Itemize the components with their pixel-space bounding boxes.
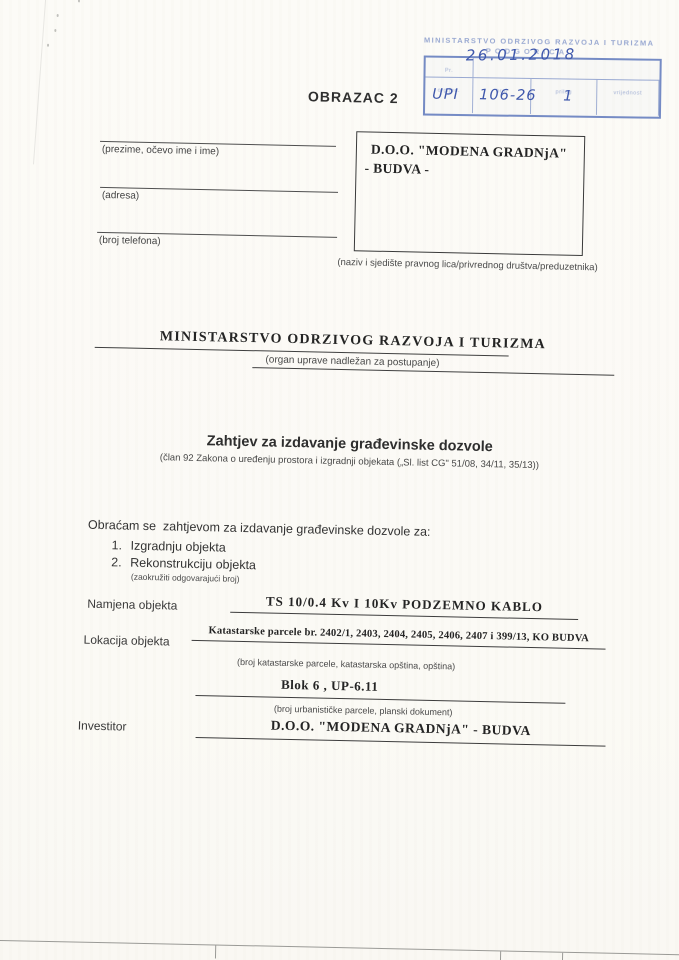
option-build-label: Izgradnju objekta [130,539,225,555]
request-intro: Obraćam se zahtjevom za izdavanje građev… [88,518,518,541]
option-reconstruct-label: Rekonstrukciju objekta [130,556,256,573]
circle-note: (zaokružiti odgovarajući broj) [131,572,240,584]
purpose-value: TS 10/0.4 Kv I 10Kv PODZEMNO KABLO [230,593,578,620]
investor-label: Investitor [78,719,127,734]
purpose-label: Namjena objekta [87,597,177,613]
applicant-phone-caption: (broj telefona) [97,233,337,251]
scan-artifact [57,14,59,17]
urban-parcel-value: Blok 6 , UP-6.11 [210,675,450,696]
stamp-col-label-vrijednost: vrijednost [613,90,642,96]
page-edge-tick [500,951,502,960]
document-content: MINISTARSTVO ODRZIVOG RAZVOJA I TURIZMA … [0,0,679,960]
location-label: Lokacija objekta [83,633,169,649]
applicant-address-caption: (adresa) [100,188,338,206]
stamp-received-label: Pr. [445,68,453,74]
scan-artifact [54,29,56,32]
form-code-title: OBRAZAC 2 [308,88,399,106]
option-build: 1. Izgradnju objekta [111,538,225,554]
location-value: Katastarske parcele br. 2402/1, 2403, 24… [192,625,606,650]
page-edge-tick [215,945,217,958]
applicant-address-line: (adresa) [100,187,338,206]
location-caption: (broj katastarske parcele, katastarska o… [146,655,546,673]
investor-value: D.O.O. "MODENA GRADNjA" - BUDVA [196,716,606,747]
stamp-row-values: org.jed. broj prilog vrijednost UPI 106-… [425,78,659,116]
registry-stamp: MINISTARSTVO ODRZIVOG RAZVOJA I TURIZMA … [423,35,662,118]
authority-name: MINISTARSTVO ODRZIVOG RAZVOJA I TURIZMA [123,328,583,354]
scan-artifact [47,44,49,47]
scanned-document-page: MINISTARSTVO ODRZIVOG RAZVOJA I TURIZMA … [0,0,679,960]
page-edge-tick [562,953,563,960]
company-box: D.O.O. "MODENA GRADNjA" - BUDVA - [354,131,585,256]
page-edge [0,939,679,955]
applicant-phone-line: (broj telefona) [97,232,337,251]
company-box-caption: (naziv i sjedište pravnog lica/privredno… [322,257,612,274]
scan-fold-artifact [33,0,47,164]
applicant-name-caption: (prezime, očevo ime i ime) [100,142,336,160]
stamp-value-number: 106-26 [479,87,537,104]
company-city: - BUDVA - [364,160,577,180]
option-reconstruct-number: 2. [111,555,130,569]
option-build-number: 1. [111,538,130,552]
applicant-name-line: (prezime, očevo ime i ime) [100,141,336,160]
stamp-date-handwritten: 26.01.2018 [466,45,577,64]
option-reconstruct: 2. Rekonstrukciju objekta [111,555,256,572]
stamp-value-upi: UPI [432,87,459,103]
company-name: D.O.O. "MODENA GRADNjA" [371,142,578,162]
stamp-value-attachment: 1 [563,88,573,104]
scan-artifact [78,0,80,2]
stamp-table: Pr. 26.01.2018 org.jed. broj prilog vrij… [423,55,662,118]
urban-parcel-line: Blok 6 , UP-6.11 [195,675,565,704]
